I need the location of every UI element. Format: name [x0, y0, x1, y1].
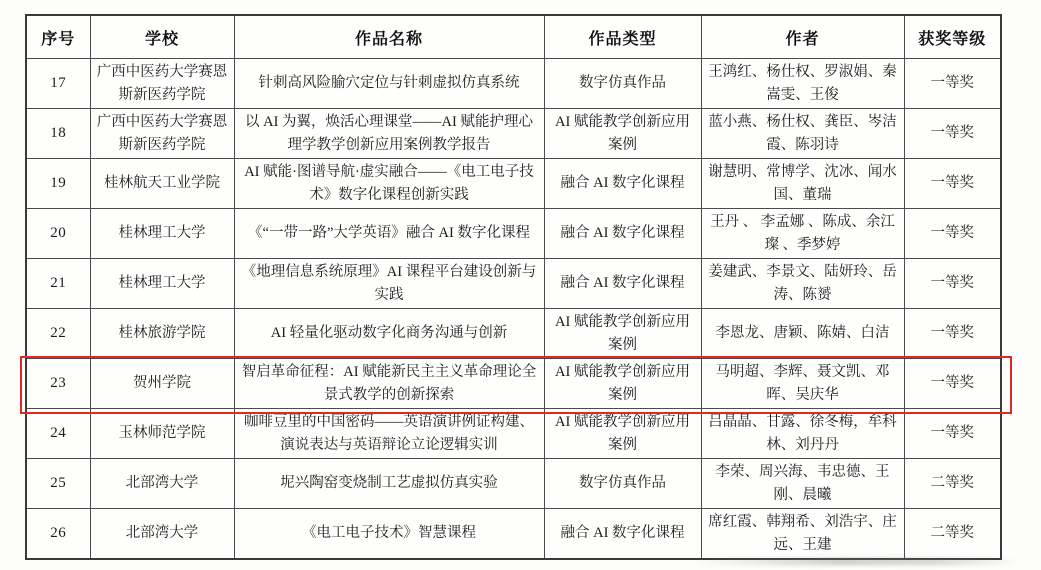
cell-authors: 蓝小燕、杨仕权、龚臣、岑洁霞、陈羽诗 — [701, 109, 904, 159]
table-row: 17广西中医药大学赛恩斯新医药学院针刺高风险腧穴定位与针刺虚拟仿真系统数字仿真作… — [26, 59, 1001, 109]
cell-authors: 马明超、李辉、聂文凯、邓晖、吴庆华 — [701, 359, 904, 409]
cell-title: 智启革命征程：AI 赋能新民主主义革命理论全景式教学的创新探索 — [234, 359, 544, 409]
table-row: 23贺州学院智启革命征程：AI 赋能新民主主义革命理论全景式教学的创新探索AI … — [26, 359, 1001, 409]
cell-title: 《电工电子技术》智慧课程 — [234, 509, 544, 560]
cell-no: 17 — [26, 59, 90, 109]
cell-award: 一等奖 — [904, 259, 1001, 309]
cell-no: 25 — [26, 459, 90, 509]
cell-authors: 王丹 、 李孟娜 、陈成、余江璨 、季梦婷 — [701, 209, 904, 259]
cell-no: 19 — [26, 159, 90, 209]
cell-type: AI 赋能教学创新应用案例 — [544, 409, 701, 459]
cell-authors: 谢慧明、常博学、沈冰、闻水国、董瑞 — [701, 159, 904, 209]
cell-award: 一等奖 — [904, 209, 1001, 259]
cell-no: 24 — [26, 409, 90, 459]
cell-school: 桂林航天工业学院 — [90, 159, 234, 209]
cell-title: 坭兴陶窑变烧制工艺虚拟仿真实验 — [234, 459, 544, 509]
cell-title: 《“一带一路”大学英语》融合 AI 数字化课程 — [234, 209, 544, 259]
cell-type: 融合 AI 数字化课程 — [544, 259, 701, 309]
cell-school: 桂林理工大学 — [90, 259, 234, 309]
cell-title: AI 轻量化驱动数字化商务沟通与创新 — [234, 309, 544, 359]
column-header-title: 作品名称 — [234, 15, 544, 59]
column-header-type: 作品类型 — [544, 15, 701, 59]
column-header-school: 学校 — [90, 15, 234, 59]
scan-shadow-artifact — [690, 558, 1020, 565]
cell-type: 数字仿真作品 — [544, 59, 701, 109]
cell-no: 21 — [26, 259, 90, 309]
cell-school: 桂林旅游学院 — [90, 309, 234, 359]
document-page: 序号学校作品名称作品类型作者获奖等级 17广西中医药大学赛恩斯新医药学院针刺高风… — [0, 0, 1041, 570]
cell-authors: 吕晶晶、甘露、徐冬梅，牟科林、刘丹丹 — [701, 409, 904, 459]
cell-award: 一等奖 — [904, 309, 1001, 359]
cell-school: 北部湾大学 — [90, 509, 234, 560]
cell-school: 广西中医药大学赛恩斯新医药学院 — [90, 59, 234, 109]
table-header: 序号学校作品名称作品类型作者获奖等级 — [26, 15, 1001, 59]
cell-title: 以 AI 为翼，焕活心理课堂——AI 赋能护理心理学教学创新应用案例教学报告 — [234, 109, 544, 159]
cell-no: 23 — [26, 359, 90, 409]
table-row: 22桂林旅游学院AI 轻量化驱动数字化商务沟通与创新AI 赋能教学创新应用案例李… — [26, 309, 1001, 359]
cell-type: 数字仿真作品 — [544, 459, 701, 509]
cell-no: 26 — [26, 509, 90, 560]
cell-school: 广西中医药大学赛恩斯新医药学院 — [90, 109, 234, 159]
cell-authors: 李荣、周兴海、韦忠德、王刚、晨曦 — [701, 459, 904, 509]
cell-type: AI 赋能教学创新应用案例 — [544, 109, 701, 159]
cell-type: 融合 AI 数字化课程 — [544, 509, 701, 560]
cell-authors: 席红霞、韩翔希、刘浩宇、庄远、王建 — [701, 509, 904, 560]
cell-title: 咖啡豆里的中国密码——英语演讲例证构建、演说表达与英语辩论立论逻辑实训 — [234, 409, 544, 459]
cell-award: 二等奖 — [904, 459, 1001, 509]
header-row: 序号学校作品名称作品类型作者获奖等级 — [26, 15, 1001, 59]
cell-no: 20 — [26, 209, 90, 259]
cell-school: 贺州学院 — [90, 359, 234, 409]
cell-school: 玉林师范学院 — [90, 409, 234, 459]
column-header-no: 序号 — [26, 15, 90, 59]
cell-type: 融合 AI 数字化课程 — [544, 159, 701, 209]
column-header-authors: 作者 — [701, 15, 904, 59]
cell-type: AI 赋能教学创新应用案例 — [544, 309, 701, 359]
table-row: 26北部湾大学《电工电子技术》智慧课程融合 AI 数字化课程席红霞、韩翔希、刘浩… — [26, 509, 1001, 560]
table-row: 21桂林理工大学《地理信息系统原理》AI 课程平台建设创新与实践融合 AI 数字… — [26, 259, 1001, 309]
cell-authors: 姜建武、李景文、陆妍玲、岳涛、陈赟 — [701, 259, 904, 309]
table-row: 25北部湾大学坭兴陶窑变烧制工艺虚拟仿真实验数字仿真作品李荣、周兴海、韦忠德、王… — [26, 459, 1001, 509]
cell-title: AI 赋能·图谱导航·虚实融合——《电工电子技术》数字化课程创新实践 — [234, 159, 544, 209]
column-header-award: 获奖等级 — [904, 15, 1001, 59]
cell-no: 18 — [26, 109, 90, 159]
table-body: 17广西中医药大学赛恩斯新医药学院针刺高风险腧穴定位与针刺虚拟仿真系统数字仿真作… — [26, 59, 1001, 560]
cell-type: AI 赋能教学创新应用案例 — [544, 359, 701, 409]
cell-no: 22 — [26, 309, 90, 359]
cell-authors: 王鸿红、杨仕权、罗淑娟、秦嵩雯、王俊 — [701, 59, 904, 109]
cell-award: 一等奖 — [904, 109, 1001, 159]
cell-award: 二等奖 — [904, 509, 1001, 560]
cell-type: 融合 AI 数字化课程 — [544, 209, 701, 259]
table-row: 19桂林航天工业学院AI 赋能·图谱导航·虚实融合——《电工电子技术》数字化课程… — [26, 159, 1001, 209]
cell-award: 一等奖 — [904, 359, 1001, 409]
table-row: 20桂林理工大学《“一带一路”大学英语》融合 AI 数字化课程融合 AI 数字化… — [26, 209, 1001, 259]
cell-authors: 李恩龙、唐颖、陈婧、白洁 — [701, 309, 904, 359]
table-row: 18广西中医药大学赛恩斯新医药学院以 AI 为翼，焕活心理课堂——AI 赋能护理… — [26, 109, 1001, 159]
cell-school: 北部湾大学 — [90, 459, 234, 509]
table-row: 24玉林师范学院咖啡豆里的中国密码——英语演讲例证构建、演说表达与英语辩论立论逻… — [26, 409, 1001, 459]
cell-award: 一等奖 — [904, 409, 1001, 459]
cell-title: 《地理信息系统原理》AI 课程平台建设创新与实践 — [234, 259, 544, 309]
cell-title: 针刺高风险腧穴定位与针刺虚拟仿真系统 — [234, 59, 544, 109]
cell-school: 桂林理工大学 — [90, 209, 234, 259]
awards-table: 序号学校作品名称作品类型作者获奖等级 17广西中医药大学赛恩斯新医药学院针刺高风… — [25, 14, 1002, 560]
cell-award: 一等奖 — [904, 159, 1001, 209]
cell-award: 一等奖 — [904, 59, 1001, 109]
